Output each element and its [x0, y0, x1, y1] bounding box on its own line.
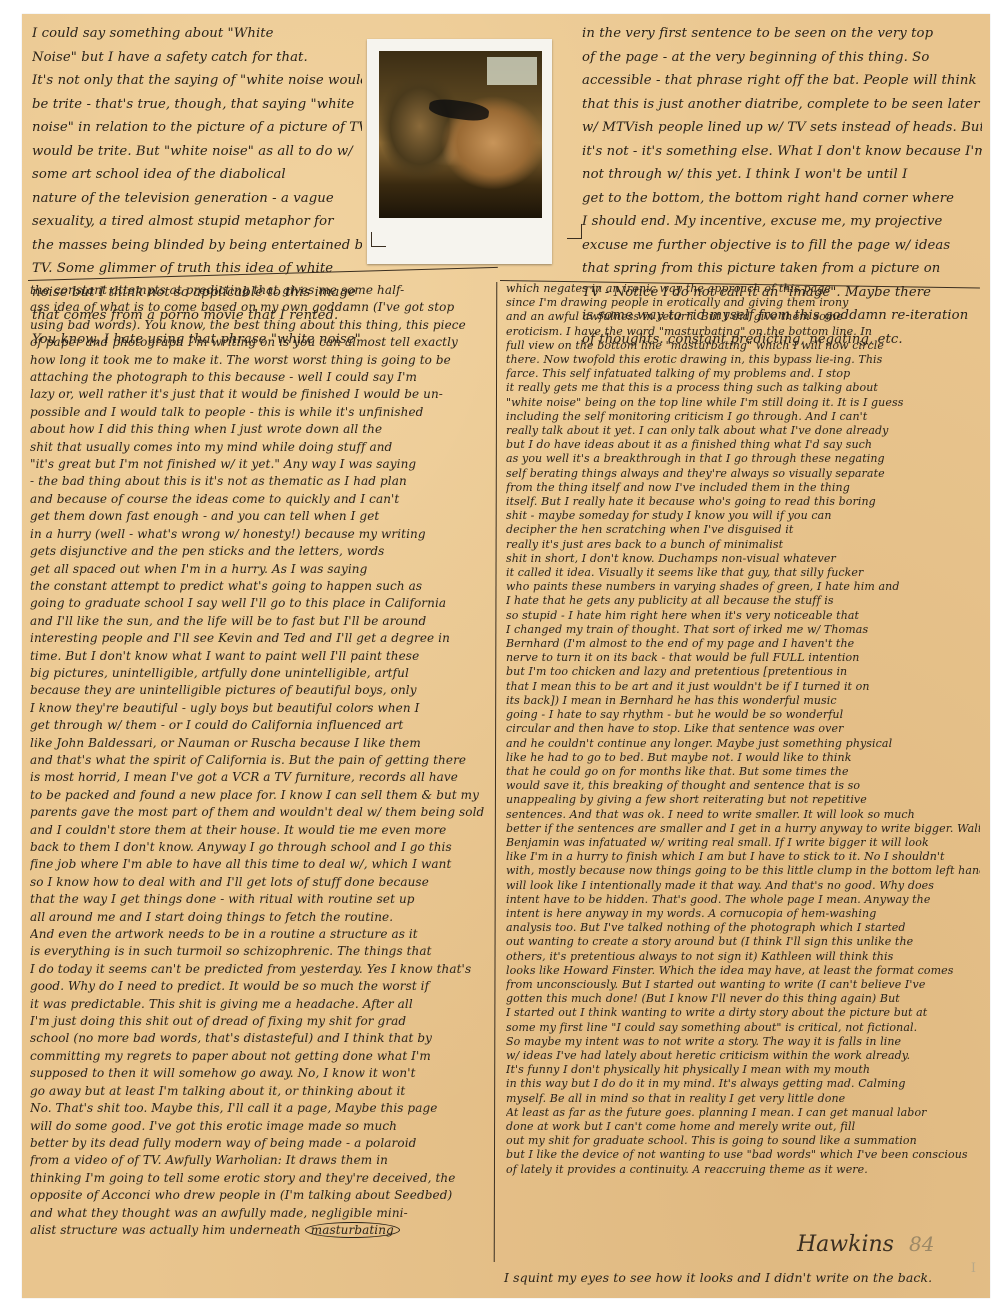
handwritten-line: will look like I intentionally made it t… [506, 879, 980, 893]
handwritten-line: thinking I'm going to tell some erotic s… [30, 1170, 490, 1187]
handwritten-line: looks like Howard Finster. Which the ide… [506, 964, 980, 978]
handwritten-line: some my first line "I could say somethin… [506, 1021, 980, 1035]
handwritten-line: sentences. And that was ok. I need to wr… [506, 808, 980, 822]
handwritten-line: so stupid - I hate him right here when i… [506, 609, 980, 623]
handwritten-line: supposed to then it will somehow go away… [30, 1065, 490, 1082]
handwritten-line: sexuality, a tired almost stupid metapho… [32, 210, 362, 234]
handwritten-line: And even the artwork needs to be in a ro… [30, 926, 490, 943]
handwritten-line: that I mean this to be art and it just w… [506, 680, 980, 694]
handwritten-line: unappealing by giving a few short reiter… [506, 793, 980, 807]
handwritten-line: It's not only that the saying of "white … [32, 69, 362, 93]
handwritten-line: nerve to turn it on its back - that woul… [506, 651, 980, 665]
handwritten-line: eroticism. I have the word "masturbating… [506, 325, 980, 339]
handwritten-line: intent have to be hidden. That's good. T… [506, 893, 980, 907]
handwritten-line: others, it's pretentious always to not s… [506, 950, 980, 964]
signature-name: Hawkins [797, 1232, 894, 1257]
handwritten-line: I hate that he gets any publicity at all… [506, 594, 980, 608]
handwritten-line: about how I did this thing when I just w… [30, 421, 490, 438]
handwritten-line: and what they thought was an awfully mad… [30, 1205, 490, 1222]
handwritten-line: its back]) I mean in Bernhard he has thi… [506, 694, 980, 708]
handwritten-line: attaching the photograph to this because… [30, 369, 490, 386]
handwritten-line: but I'm too chicken and lazy and pretent… [506, 665, 980, 679]
handwritten-line: and an awful awfulness in return. But I … [506, 310, 980, 324]
handwritten-line: nature of the television generation - a … [32, 187, 362, 211]
handwritten-line: TV. Some glimmer of truth this idea of w… [32, 257, 362, 281]
handwritten-line: interesting people and I'll see Kevin an… [30, 630, 490, 647]
handwritten-line: out my shit for graduate school. This is… [506, 1134, 980, 1148]
handwritten-line: really talk about it yet. I can only tal… [506, 424, 980, 438]
handwritten-line: and because of course the ideas come to … [30, 491, 490, 508]
handwritten-line: of paper and photograph I'm writing on i… [30, 334, 490, 351]
handwritten-line: done at work but I can't come home and m… [506, 1120, 980, 1134]
handwritten-line: farce. This self infatuated talking of m… [506, 367, 980, 381]
handwritten-line: all around me and I start doing things t… [30, 909, 490, 926]
handwritten-line: it's not - it's something else. What I d… [582, 140, 982, 164]
handwritten-line: full view on the bottom line "masturbati… [506, 339, 980, 353]
handwritten-line: going - I hate to say rhythm - but he wo… [506, 708, 980, 722]
handwritten-line: "white noise" being on the top line whil… [506, 396, 980, 410]
handwritten-line: So maybe my intent was to not write a st… [506, 1035, 980, 1049]
handwritten-line: including the self monitoring criticism … [506, 410, 980, 424]
handwritten-line: is most horrid, I mean I've got a VCR a … [30, 769, 490, 786]
handwritten-line: gets disjunctive and the pen sticks and … [30, 543, 490, 560]
handwritten-line: in this way but I do do it in my mind. I… [506, 1077, 980, 1091]
handwritten-line: I could say something about "White [32, 22, 362, 46]
handwritten-line: itself. But I really hate it because who… [506, 495, 980, 509]
handwritten-line: and he couldn't continue any longer. May… [506, 737, 980, 751]
handwritten-line: shit that usually comes into my mind whi… [30, 439, 490, 456]
handwritten-line: shit - maybe someday for study I know yo… [506, 509, 980, 523]
photo-corner-mark-right [567, 224, 582, 239]
handwritten-line: from unconsciously. But I started out wa… [506, 978, 980, 992]
handwritten-line: with, mostly because now things going to… [506, 864, 980, 878]
text-column-left: the constant attempts at predicting that… [30, 282, 490, 1239]
handwritten-line: really it's just ares back to a bunch of… [506, 538, 980, 552]
handwritten-line: I do today it seems can't be predicted f… [30, 961, 490, 978]
handwritten-line: Bernhard (I'm almost to the end of my pa… [506, 637, 980, 651]
handwritten-line: committing my regrets to paper about not… [30, 1048, 490, 1065]
handwritten-line: the constant attempts at predicting that… [30, 282, 490, 299]
handwritten-line: school (no more bad words, that's distas… [30, 1030, 490, 1047]
handwritten-line: and I'll like the sun, and the life will… [30, 613, 490, 630]
handwritten-line: is everything is in such turmoil so schi… [30, 943, 490, 960]
handwritten-line: would be trite. But "white noise" as all… [32, 140, 362, 164]
handwritten-line: how long it took me to make it. The wors… [30, 352, 490, 369]
handwritten-line: get all spaced out when I'm in a hurry. … [30, 561, 490, 578]
handwritten-line: using bad words). You know, the best thi… [30, 317, 490, 334]
handwritten-line: of the page - at the very beginning of t… [582, 46, 982, 70]
handwritten-line: I know they're beautiful - ugly boys but… [30, 700, 490, 717]
handwritten-line: the masses being blinded by being entert… [32, 234, 362, 258]
handwritten-line: it really gets me that this is a process… [506, 381, 980, 395]
handwritten-line: No. That's shit too. Maybe this, I'll ca… [30, 1100, 490, 1117]
handwritten-line: alist structure was actually him underne… [30, 1222, 490, 1239]
handwritten-line: there. Now twofold this erotic drawing i… [506, 353, 980, 367]
column-divider [494, 282, 498, 1262]
handwritten-line: in a hurry (well - what's wrong w/ hones… [30, 526, 490, 543]
handwritten-line: "it's great but I'm not finished w/ it y… [30, 456, 490, 473]
handwritten-line: to be packed and found a new place for. … [30, 787, 490, 804]
handwritten-line: which negates in an ironic way the appro… [506, 282, 980, 296]
handwritten-line: back to them I don't know. Anyway I go t… [30, 839, 490, 856]
handwritten-line: since I'm drawing people in erotically a… [506, 296, 980, 310]
handwritten-line: from a video of of TV. Awfully Warholian… [30, 1152, 490, 1169]
handwritten-line: some art school idea of the diabolical [32, 163, 362, 187]
handwritten-line: will do some good. I've got this erotic … [30, 1118, 490, 1135]
handwritten-line: w/ ideas I've had lately about heretic c… [506, 1049, 980, 1063]
handwritten-line: that the way I get things done - with ri… [30, 891, 490, 908]
handwritten-line: because they are unintelligible pictures… [30, 682, 490, 699]
handwritten-line: myself. Be all in mind so that in realit… [506, 1092, 980, 1106]
handwritten-line: good. Why do I need to predict. It would… [30, 978, 490, 995]
handwritten-line: that spring from this picture taken from… [582, 257, 982, 281]
handwritten-line: I changed my train of thought. That sort… [506, 623, 980, 637]
handwritten-line: gotten this much done! (But I know I'll … [506, 992, 980, 1006]
handwritten-line: get them down fast enough - and you can … [30, 508, 490, 525]
handwritten-line: I started out I think wanting to write a… [506, 1006, 980, 1020]
handwritten-line: decipher the hen scratching when I've di… [506, 523, 980, 537]
handwritten-line: as you well it's a breakthrough in that … [506, 452, 980, 466]
handwritten-line: noise" in relation to the picture of a p… [32, 116, 362, 140]
handwritten-line: analysis too. But I've talked nothing of… [506, 921, 980, 935]
handwritten-line: It's funny I don't physically hit physic… [506, 1063, 980, 1077]
handwritten-line: lazy or, well rather it's just that it w… [30, 386, 490, 403]
handwritten-line: w/ MTVish people lined up w/ TV sets ins… [582, 116, 982, 140]
handwritten-line: and that's what the spirit of California… [30, 752, 490, 769]
handwritten-line: fine job where I'm able to have all this… [30, 856, 490, 873]
handwritten-line: like I'm in a hurry to finish which I am… [506, 850, 980, 864]
handwritten-line: out wanting to create a story around but… [506, 935, 980, 949]
paper-sheet: I could say something about "WhiteNoise"… [22, 14, 990, 1298]
handwritten-line: like John Baldessari, or Nauman or Rusch… [30, 735, 490, 752]
handwritten-line: possible and I would talk to people - th… [30, 404, 490, 421]
handwritten-line: better by its dead fully modern way of b… [30, 1135, 490, 1152]
handwritten-line: but I like the device of not wanting to … [506, 1148, 980, 1162]
handwritten-line: big pictures, unintelligible, artfully d… [30, 665, 490, 682]
handwritten-line: intent is here anyway in my words. A cor… [506, 907, 980, 921]
handwritten-line: would save it, this breaking of thought … [506, 779, 980, 793]
handwritten-line: circular and then have to stop. Like tha… [506, 722, 980, 736]
handwritten-line: get through w/ them - or I could do Cali… [30, 717, 490, 734]
handwritten-line: - the bad thing about this is it's not a… [30, 473, 490, 490]
handwritten-line: better if the sentences are smaller and … [506, 822, 980, 836]
circled-word: masturbating [305, 1222, 400, 1238]
handwritten-line: accessible - that phrase right off the b… [582, 69, 982, 93]
handwritten-line: go away but at least I'm talking about i… [30, 1083, 490, 1100]
handwritten-line: who paints these numbers in varying shad… [506, 580, 980, 594]
photo-corner-mark-left [371, 232, 386, 247]
handwritten-line: opposite of Acconci who drew people in (… [30, 1187, 490, 1204]
handwritten-line: ass idea of what is to come based on my … [30, 299, 490, 316]
handwritten-line: it was predictable. This shit is giving … [30, 996, 490, 1013]
signature: Hawkins 84 [797, 1232, 934, 1257]
handwritten-line: that this is just another diatribe, comp… [582, 93, 982, 117]
polaroid-photo [367, 39, 552, 264]
handwritten-line: but I do have ideas about it as a finish… [506, 438, 980, 452]
handwritten-line: parents gave the most part of them and w… [30, 804, 490, 821]
text-column-right: which negates in an ironic way the appro… [506, 282, 980, 1177]
handwritten-line: excuse me further objective is to fill t… [582, 234, 982, 258]
handwritten-line: Benjamin was infatuated w/ writing real … [506, 836, 980, 850]
corner-mark: I [971, 1261, 976, 1276]
handwritten-line: shit in short, I don't know. Duchamps no… [506, 552, 980, 566]
handwritten-line: At least as far as the future goes. plan… [506, 1106, 980, 1120]
handwritten-line: the constant attempt to predict what's g… [30, 578, 490, 595]
handwritten-line: that he could go on for months like that… [506, 765, 980, 779]
handwritten-line: so I know how to deal with and I'll get … [30, 874, 490, 891]
signature-year: 84 [909, 1232, 934, 1256]
handwritten-line: going to graduate school I say well I'll… [30, 595, 490, 612]
handwritten-line: not through w/ this yet. I think I won't… [582, 163, 982, 187]
handwritten-line: Noise" but I have a safety catch for tha… [32, 46, 362, 70]
handwritten-line: I'm just doing this shit out of dread of… [30, 1013, 490, 1030]
photo-highlight-detail [487, 57, 537, 85]
handwritten-line: get to the bottom, the bottom right hand… [582, 187, 982, 211]
handwritten-line: time. But I don't know what I want to pa… [30, 648, 490, 665]
photo-shadow-detail [428, 97, 490, 123]
handwritten-line: I should end. My incentive, excuse me, m… [582, 210, 982, 234]
photo-image [379, 51, 542, 218]
footer-note: I squint my eyes to see how it looks and… [504, 1266, 984, 1290]
handwritten-line: of lately it provides a continuity. A re… [506, 1163, 980, 1177]
handwritten-line: self berating things always and they're … [506, 467, 980, 481]
handwritten-line: in the very first sentence to be seen on… [582, 22, 982, 46]
handwritten-line: and I couldn't store them at their house… [30, 822, 490, 839]
handwritten-line: from the thing itself and now I've inclu… [506, 481, 980, 495]
handwritten-line: it called it idea. Visually it seems lik… [506, 566, 980, 580]
handwritten-line: be trite - that's true, though, that say… [32, 93, 362, 117]
handwritten-line: like he had to go to bed. But maybe not.… [506, 751, 980, 765]
